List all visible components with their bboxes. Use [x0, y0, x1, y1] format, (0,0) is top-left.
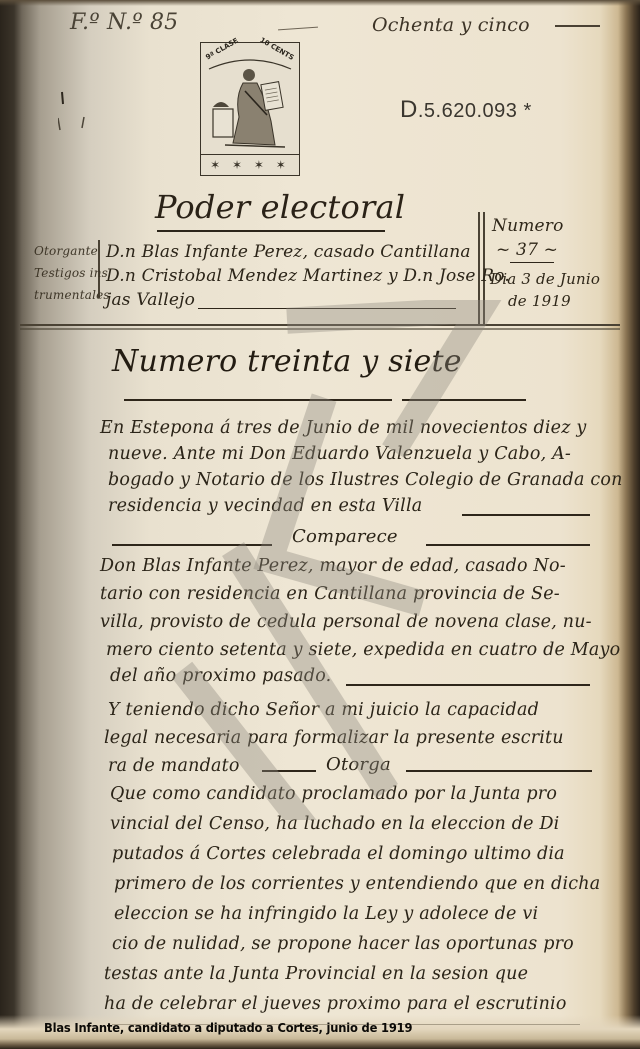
body-line: mero ciento setenta y siete, expedida en…: [106, 640, 620, 660]
body-line: Y teniendo dicho Señor a mi juicio la ca…: [108, 700, 539, 720]
serial-digits: .5.620.093: [418, 100, 518, 122]
folio-number: F.º N.º 85: [70, 10, 178, 35]
entry-bottom-rule: [20, 328, 620, 330]
entry-line: D.n Blas Infante Perez, casado Cantillan…: [106, 242, 471, 262]
numero-year: de 1919: [508, 292, 571, 310]
body-line: cio de nulidad, se propone hacer las opo…: [112, 934, 574, 954]
entry-bottom-rule: [20, 324, 620, 326]
body-line: ra de mandato: [108, 756, 240, 776]
fill-rule: [112, 544, 272, 546]
fill-rule: [462, 514, 590, 516]
fill-rule: [346, 684, 590, 686]
body-line: testas ante la Junta Provincial en la se…: [104, 964, 528, 984]
image-caption: Blas Infante, candidato a diputado a Cor…: [44, 1020, 412, 1035]
body-line: del año proximo pasado.: [110, 666, 331, 686]
body-line: En Estepona á tres de Junio de mil novec…: [100, 418, 587, 438]
entry-line: jas Vallejo: [106, 290, 195, 310]
serial-number: D.5.620.093 *: [400, 96, 532, 124]
body-line: Don Blas Infante Perez, mayor de edad, c…: [100, 556, 566, 576]
folio-dash: [278, 27, 318, 31]
numero-label: Numero: [492, 216, 564, 236]
margin-label-instrumentales: trumentales: [34, 288, 110, 302]
section-comparece: Comparece: [292, 526, 398, 547]
body-line: legal necesaria para formalizar la prese…: [104, 728, 564, 748]
entry-fill-rule: [198, 308, 456, 309]
stamp-ornament-band: ✶ ✶ ✶ ✶: [201, 154, 299, 175]
margin-label-testigos: Testigos ins: [34, 266, 108, 280]
numero-value: ~ 37 ~: [496, 240, 558, 260]
seated-allegory-icon: [205, 57, 295, 151]
body-line: residencia y vecindad en esta Villa: [108, 496, 422, 516]
body-line: primero de los corrientes y entendiendo …: [114, 874, 600, 894]
document-page: F.º N.º 85 Ochenta y cinco 9ª CLASE 10 C…: [0, 0, 640, 1049]
entry-line: D.n Cristobal Mendez Martinez y D.n Jose…: [106, 266, 510, 286]
fill-rule: [406, 770, 592, 772]
revenue-stamp: 9ª CLASE 10 CENTS ✶ ✶ ✶ ✶: [200, 42, 300, 176]
body-line: tario con residencia en Cantillana provi…: [100, 584, 560, 604]
heading-underline: [402, 399, 526, 401]
body-line: bogado y Notario de los Ilustres Colegio…: [108, 470, 623, 490]
ink-marks-icon: [58, 90, 88, 135]
serial-asterisk: *: [523, 100, 531, 122]
section-otorga: Otorga: [326, 754, 391, 775]
fill-rule: [426, 544, 590, 546]
document-title: Poder electoral: [155, 188, 405, 226]
numero-underline: [510, 262, 554, 263]
body-line: villa, provisto de cedula personal de no…: [100, 612, 592, 632]
numero-date: Dia 3 de Junio: [490, 270, 600, 288]
body-line: ha de celebrar el jueves proximo para el…: [104, 994, 567, 1014]
body-line: vincial del Censo, ha luchado en la elec…: [110, 814, 559, 834]
heading-underline: [124, 399, 392, 401]
body-line: eleccion se ha infringido la Ley y adole…: [114, 904, 538, 924]
serial-prefix: D: [400, 96, 418, 123]
folio-dash: [555, 25, 600, 27]
margin-label-otorgante: Otorgante: [34, 244, 98, 258]
body-line: putados á Cortes celebrada el domingo ul…: [112, 844, 565, 864]
body-line: Que como candidato proclamado por la Jun…: [110, 784, 557, 804]
fill-rule: [262, 770, 316, 772]
body-line: nueve. Ante mi Don Eduardo Valenzuela y …: [108, 444, 571, 464]
act-heading: Numero treinta y siete: [112, 344, 462, 379]
folio-in-words: Ochenta y cinco: [372, 14, 530, 36]
title-underline: [157, 230, 385, 232]
